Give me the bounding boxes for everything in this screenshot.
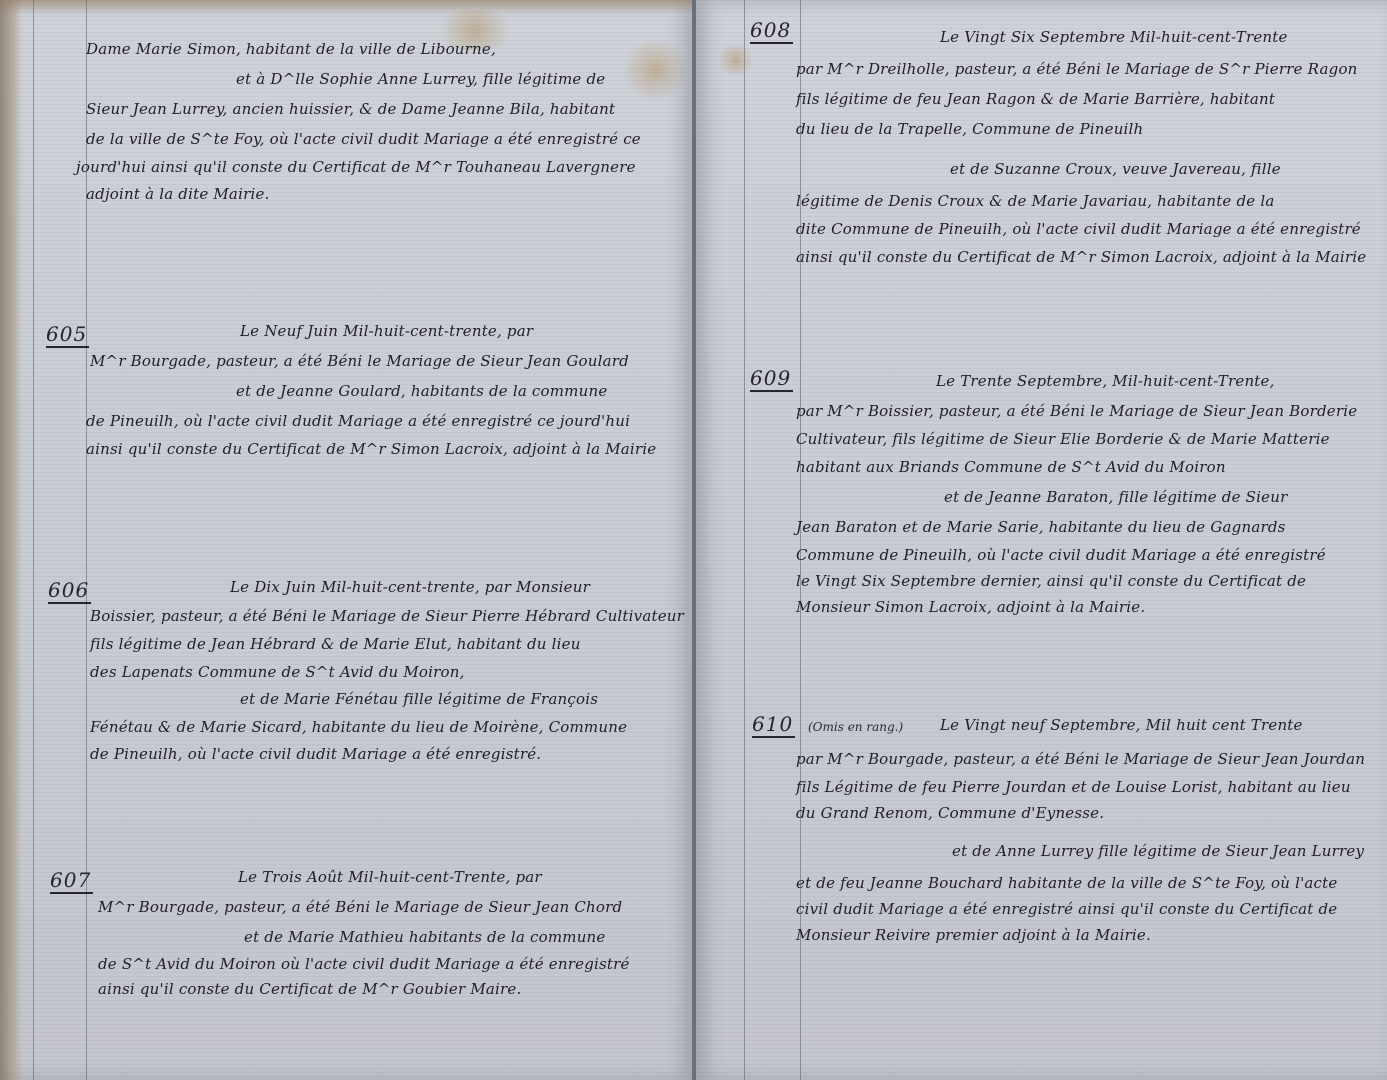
entry-line: Sieur Jean Lurrey, ancien huissier, & de… (86, 100, 615, 118)
entry-line: jourd'hui ainsi qu'il conste du Certific… (76, 158, 636, 176)
entry-line: de la ville de S^te Foy, où l'acte civil… (86, 130, 641, 148)
right-page: 608 Le Vingt Six Septembre Mil-huit-cent… (696, 0, 1387, 1080)
entry-line: adjoint à la dite Mairie. (86, 185, 269, 203)
entry-line: et de Anne Lurrey fille légitime de Sieu… (952, 842, 1364, 860)
left-page: Dame Marie Simon, habitant de la ville d… (0, 0, 693, 1080)
entry-line: M^r Bourgade, pasteur, a été Béni le Mar… (98, 898, 622, 916)
water-stain (716, 45, 756, 75)
entry-line: Le Vingt Six Septembre Mil-huit-cent-Tre… (940, 28, 1288, 46)
entry-line: ainsi qu'il conste du Certificat de M^r … (98, 980, 521, 998)
entry-line: habitant aux Briands Commune de S^t Avid… (796, 458, 1226, 476)
entry-line: Boissier, pasteur, a été Béni le Mariage… (90, 607, 684, 625)
entry-line: et de Marie Mathieu habitants de la comm… (244, 928, 606, 946)
entry-line: ainsi qu'il conste du Certificat de M^r … (796, 248, 1366, 266)
entry-line: des Lapenats Commune de S^t Avid du Moir… (90, 663, 465, 681)
entry-line: légitime de Denis Croux & de Marie Javar… (796, 192, 1274, 210)
entry-line: Le Trente Septembre, Mil-huit-cent-Trent… (936, 372, 1275, 390)
entry-line: de Pineuilh, où l'acte civil dudit Maria… (90, 745, 541, 763)
entry-line: Le Neuf Juin Mil-huit-cent-trente, par (240, 322, 533, 340)
entry-line: le Vingt Six Septembre dernier, ainsi qu… (796, 572, 1306, 590)
entry-line: par M^r Bourgade, pasteur, a été Béni le… (796, 750, 1365, 768)
register-spread: Dame Marie Simon, habitant de la ville d… (0, 0, 1387, 1080)
entry-line: fils légitime de Jean Hébrard & de Marie… (90, 635, 581, 653)
bride-name-line: et à D^lle Sophie Anne Lurrey, fille lég… (236, 70, 605, 88)
margin-rule (744, 0, 745, 1080)
entry-line: Fénétau & de Marie Sicard, habitante du … (90, 718, 627, 736)
entry-number: 605 (46, 322, 89, 348)
water-stain (620, 40, 690, 100)
page-top-edge (0, 0, 693, 14)
entry-line: Le Dix Juin Mil-huit-cent-trente, par Mo… (230, 578, 590, 596)
entry-line: Le Trois Août Mil-huit-cent-Trente, par (238, 868, 542, 886)
entry-number: 607 (50, 868, 93, 894)
entry-line: par M^r Boissier, pasteur, a été Béni le… (796, 402, 1357, 420)
entry-line: Monsieur Reivire premier adjoint à la Ma… (796, 926, 1151, 944)
entry-line: fils légitime de feu Jean Ragon & de Mar… (796, 90, 1275, 108)
entry-line: Monsieur Simon Lacroix, adjoint à la Mai… (796, 598, 1145, 616)
entry-line: par M^r Dreilholle, pasteur, a été Béni … (796, 60, 1358, 78)
entry-number: 608 (750, 18, 793, 44)
entry-line: ainsi qu'il conste du Certificat de M^r … (86, 440, 656, 458)
entry-note: (Omis en rang.) (808, 720, 903, 734)
entry-line: Cultivateur, fils légitime de Sieur Elie… (796, 430, 1330, 448)
margin-rule (800, 0, 801, 1080)
entry-line: de S^t Avid du Moiron où l'acte civil du… (98, 955, 630, 973)
page-edge (0, 0, 22, 1080)
entry-line: et à D^lle Sophie Anne Lurrey, fille lég… (236, 70, 605, 88)
entry-line: du lieu de la Trapelle, Commune de Pineu… (796, 120, 1143, 138)
entry-line: et de Jeanne Baraton, fille légitime de … (944, 488, 1287, 506)
entry-line: et de Marie Fénétau fille légitime de Fr… (240, 690, 598, 708)
entry-line: M^r Bourgade, pasteur, a été Béni le Mar… (90, 352, 629, 370)
entry-line: de Pineuilh, où l'acte civil dudit Maria… (86, 412, 630, 430)
entry-line: du Grand Renom, Commune d'Eynesse. (796, 804, 1104, 822)
entry-line: Commune de Pineuilh, où l'acte civil dud… (796, 546, 1326, 564)
entry-line: et de Suzanne Croux, veuve Javereau, fil… (950, 160, 1281, 178)
entry-number: 609 (750, 366, 793, 392)
entry-number: 606 (48, 578, 91, 604)
entry-line: et de feu Jeanne Bouchard habitante de l… (796, 874, 1337, 892)
entry-number: 610 (752, 712, 795, 738)
entry-line: fils Légitime de feu Pierre Jourdan et d… (796, 778, 1351, 796)
entry-line: Le Vingt neuf Septembre, Mil huit cent T… (940, 716, 1303, 734)
entry-line: dite Commune de Pineuilh, où l'acte civi… (796, 220, 1361, 238)
entry-line: Jean Baraton et de Marie Sarie, habitant… (796, 518, 1286, 536)
margin-rule (33, 0, 34, 1080)
entry-line: et de Jeanne Goulard, habitants de la co… (236, 382, 607, 400)
entry-line: Dame Marie Simon, habitant de la ville d… (86, 40, 496, 58)
entry-line: civil dudit Mariage a été enregistré ain… (796, 900, 1337, 918)
